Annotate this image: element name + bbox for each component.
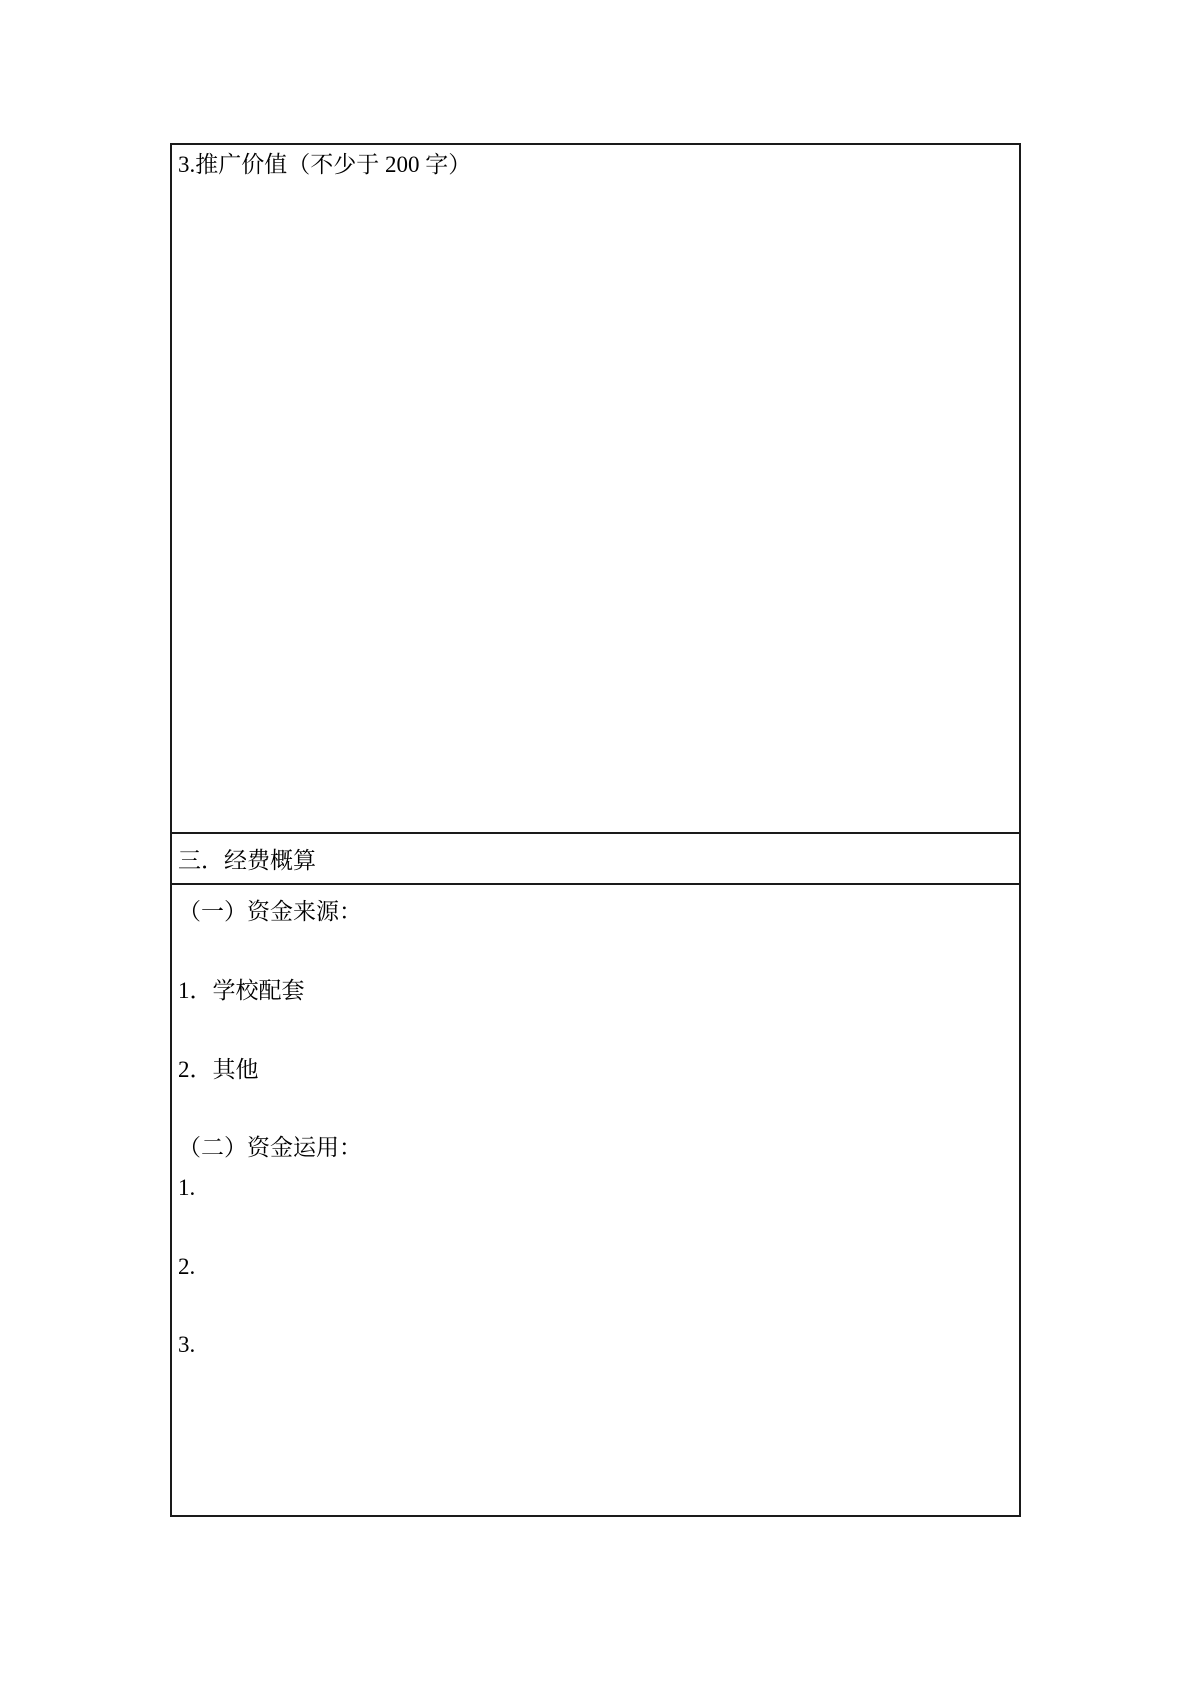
funding-usage-item-1: 1.	[178, 1168, 1013, 1207]
funding-source-item-school: 1．学校配套	[178, 971, 1013, 1010]
blank-line	[178, 1010, 1013, 1049]
blank-line	[178, 1286, 1013, 1325]
blank-line	[178, 931, 1013, 970]
cell-promotion-value: 3.推广价值（不少于 200 字）	[172, 145, 1019, 834]
funding-usage-heading: （二）资金运用：	[178, 1128, 1013, 1167]
funding-usage-item-3: 3.	[178, 1325, 1013, 1364]
document-page: { "document": { "colors": { "background"…	[0, 0, 1191, 1684]
funding-source-heading: （一）资金来源：	[178, 892, 1013, 931]
cell-budget-body: （一）资金来源： 1．学校配套 2．其他 （二）资金运用： 1. 2. 3.	[172, 885, 1019, 1515]
funding-source-item-other: 2．其他	[178, 1050, 1013, 1089]
promotion-value-label: 3.推广价值（不少于 200 字）	[178, 149, 1013, 181]
application-form-table: 3.推广价值（不少于 200 字） 三．经费概算 （一）资金来源： 1．学校配套…	[170, 143, 1021, 1517]
blank-line	[178, 1207, 1013, 1246]
funding-usage-item-2: 2.	[178, 1247, 1013, 1286]
blank-line	[178, 1089, 1013, 1128]
cell-budget-header: 三．经费概算	[172, 834, 1019, 885]
budget-header-label: 三．经费概算	[178, 842, 316, 875]
